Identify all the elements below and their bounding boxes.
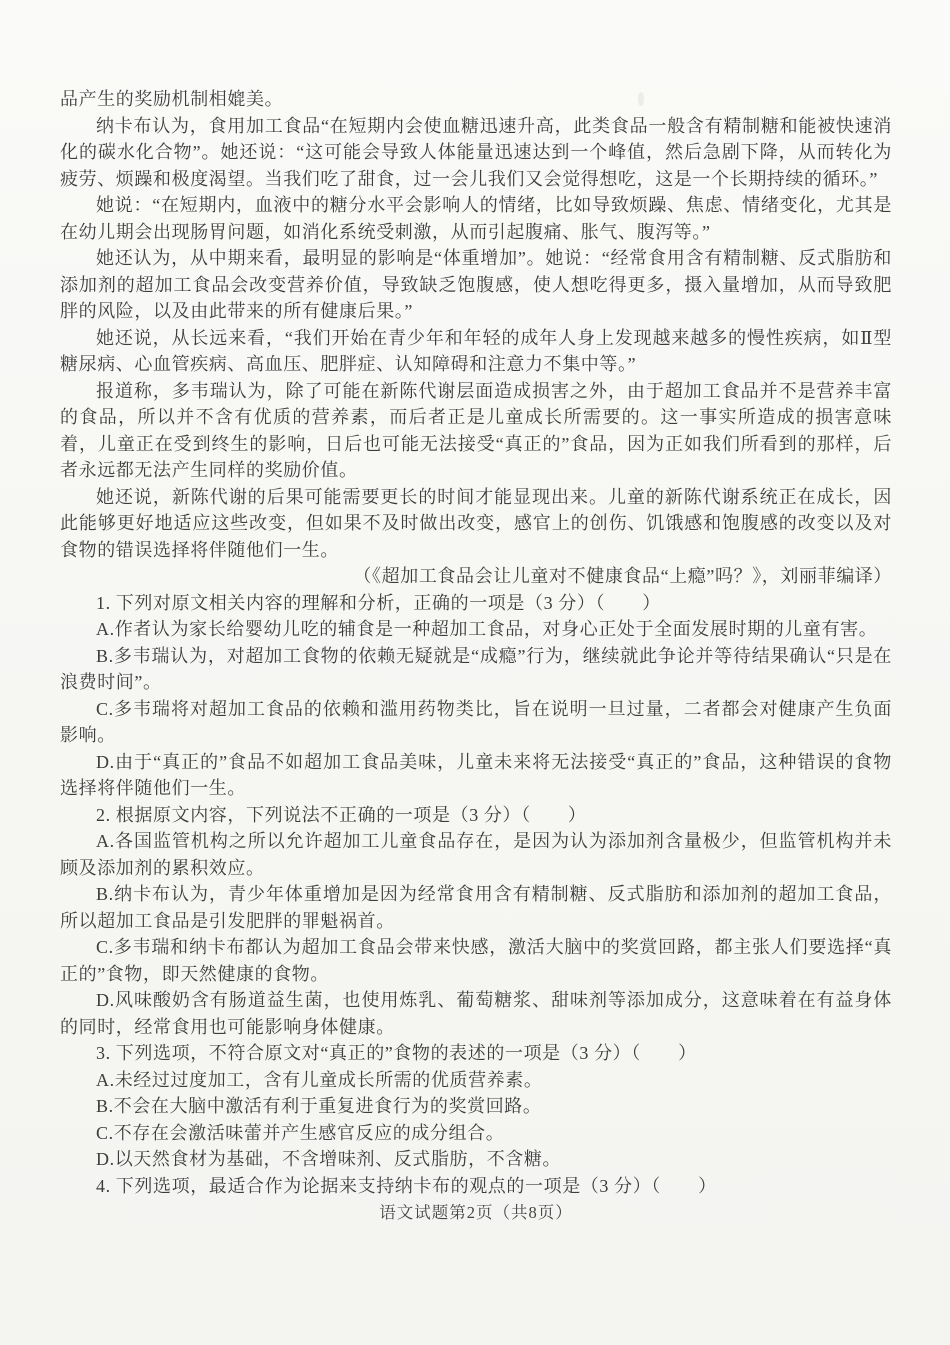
passage-paragraph: 纳卡布认为，食用加工食品“在短期内会使血糖迅速升高，此类食品一般含有精制糖和能被…	[60, 113, 892, 193]
question-1-stem: 1. 下列对原文相关内容的理解和分析，正确的一项是（3 分）（ ）	[60, 590, 892, 617]
question-2-option-b: B.纳卡布认为，青少年体重增加是因为经常食用含有精制糖、反式脂肪和添加剂的超加工…	[60, 881, 892, 934]
question-2-stem: 2. 根据原文内容，下列说法不正确的一项是（3 分）（ ）	[60, 802, 892, 829]
question-2-option-d: D.风味酸奶含有肠道益生菌，也使用炼乳、葡萄糖浆、甜味剂等添加成分，这意味着在有…	[60, 987, 892, 1040]
question-2-option-c: C.多韦瑞和纳卡布都认为超加工食品会带来快感，激活大脑中的奖赏回路，都主张人们要…	[60, 934, 892, 987]
question-3-option-d: D.以天然食材为基础，不含增味剂、反式脂肪，不含糖。	[60, 1146, 892, 1173]
exam-page: 品产生的奖励机制相媲美。 纳卡布认为，食用加工食品“在短期内会使血糖迅速升高，此…	[0, 0, 950, 1345]
question-3-stem: 3. 下列选项，不符合原文对“真正的”食物的表述的一项是（3 分）（ ）	[60, 1040, 892, 1067]
passage-paragraph: 她还说，新陈代谢的后果可能需要更长的时间才能显现出来。儿童的新陈代谢系统正在成长…	[60, 484, 892, 564]
source-attribution: （《超加工食品会让儿童对不健康食品“上瘾”吗？》，刘丽菲编译）	[60, 563, 892, 590]
question-1-option-b: B.多韦瑞认为，对超加工食物的依赖无疑就是“成瘾”行为，继续就此争论并等待结果确…	[60, 643, 892, 696]
question-4-stem: 4. 下列选项，最适合作为论据来支持纳卡布的观点的一项是（3 分）（ ）	[60, 1173, 892, 1200]
passage-paragraph: 她还认为，从中期来看，最明显的影响是“体重增加”。她说：“经常食用含有精制糖、反…	[60, 245, 892, 325]
question-1-option-a: A.作者认为家长给婴幼儿吃的辅食是一种超加工食品，对身心正处于全面发展时期的儿童…	[60, 616, 892, 643]
page-footer: 语文试题第2页（共8页）	[60, 1200, 892, 1227]
question-1-option-d: D.由于“真正的”食品不如超加工食品美味，儿童未来将无法接受“真正的”食品，这种…	[60, 749, 892, 802]
question-2-option-a: A.各国监管机构之所以允许超加工儿童食品存在，是因为认为添加剂含量极少，但监管机…	[60, 828, 892, 881]
page-text-block: 品产生的奖励机制相媲美。 纳卡布认为，食用加工食品“在短期内会使血糖迅速升高，此…	[60, 86, 892, 1227]
scan-smudge-artifact	[638, 92, 644, 106]
passage-continuation-line: 品产生的奖励机制相媲美。	[60, 86, 892, 113]
passage-paragraph: 她还说，从长远来看，“我们开始在青少年和年轻的成年人身上发现越来越多的慢性疾病，…	[60, 325, 892, 378]
question-3-option-a: A.未经过过度加工，含有儿童成长所需的优质营养素。	[60, 1067, 892, 1094]
passage-paragraph: 她说：“在短期内，血液中的糖分水平会影响人的情绪，比如导致烦躁、焦虑、情绪变化，…	[60, 192, 892, 245]
question-1-option-c: C.多韦瑞将对超加工食品的依赖和滥用药物类比，旨在说明一旦过量，二者都会对健康产…	[60, 696, 892, 749]
question-3-option-c: C.不存在会激活味蕾并产生感官反应的成分组合。	[60, 1120, 892, 1147]
question-3-option-b: B.不会在大脑中激活有利于重复进食行为的奖赏回路。	[60, 1093, 892, 1120]
passage-paragraph: 报道称，多韦瑞认为，除了可能在新陈代谢层面造成损害之外，由于超加工食品并不是营养…	[60, 378, 892, 484]
